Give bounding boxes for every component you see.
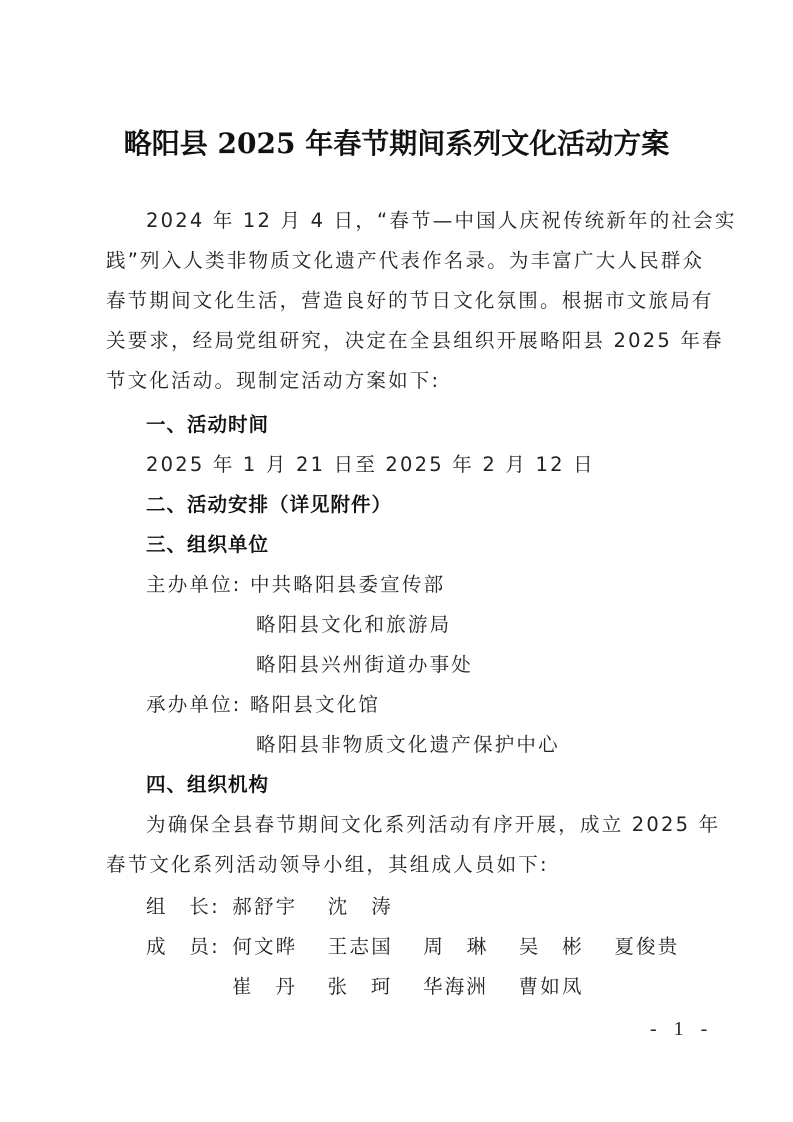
document-title: 略阳县 2025 年春节期间系列文化活动方案 [0,122,793,162]
leader-name: 郝舒宇 [232,892,297,922]
organizer-2: 略阳县非物质文化遗产保护中心 [256,730,793,760]
member-name: 夏俊贵 [614,932,679,962]
intro-line-2: 践”列入人类非物质文化遗产代表作名录。为丰富广大人民群众 [106,246,706,276]
host-label: 主办单位: [146,570,242,600]
member-name: 何文晔 [232,932,297,962]
member-name: 华海洲 [423,972,488,1002]
member-name: 周 琳 [423,932,488,962]
leader-name: 沈 涛 [328,892,393,922]
member-name: 张 珂 [328,972,393,1002]
organizer-label: 承办单位: [146,690,242,720]
document-page: 略阳县 2025 年春节期间系列文化活动方案 2024 年 12 月 4 日，“… [0,0,793,1122]
member-name: 王志国 [328,932,393,962]
organizer-row: 承办单位: 略阳县文化馆 [146,690,746,720]
section-1-heading: 一、活动时间 [146,410,746,440]
host-row: 主办单位: 中共略阳县委宣传部 [146,570,746,600]
leader-row: 组 长: 郝舒宇 沈 涛 [146,892,746,922]
section-4-heading: 四、组织机构 [146,770,746,800]
member-row-1: 成 员: 何文晔 王志国 周 琳 吴 彬 夏俊贵 [146,932,746,962]
intro-line-5: 节文化活动。现制定活动方案如下: [106,366,706,396]
host-1: 中共略阳县委宣传部 [250,573,445,596]
member-name: 崔 丹 [232,972,297,1002]
intro-line-3: 春节期间文化生活，营造良好的节日文化氛围。根据市文旅局有 [106,286,706,316]
member-label: 成 员: [146,932,220,962]
member-name: 曹如凤 [519,972,584,1002]
section-2-heading: 二、活动安排（详见附件） [146,490,746,520]
activity-dates: 2025 年 1 月 21 日至 2025 年 2 月 12 日 [146,450,746,480]
section-4-line-2: 春节文化系列活动领导小组，其组成人员如下: [106,850,706,880]
intro-line-1: 2024 年 12 月 4 日，“春节—中国人庆祝传统新年的社会实 [146,206,746,236]
member-name: 吴 彬 [519,932,584,962]
intro-line-4: 关要求，经局党组研究，决定在全县组织开展略阳县 2025 年春 [106,326,706,356]
organizer-1: 略阳县文化馆 [250,693,380,716]
host-3: 略阳县兴州街道办事处 [256,650,793,680]
member-row-2: 崔 丹 张 珂 华海洲 曹如凤 [232,972,793,1002]
section-4-line-1: 为确保全县春节期间文化系列活动有序开展，成立 2025 年 [146,810,746,840]
host-2: 略阳县文化和旅游局 [256,610,793,640]
page-number: - 1 - [650,1018,713,1041]
section-3-heading: 三、组织单位 [146,530,746,560]
leader-label: 组 长: [146,892,220,922]
